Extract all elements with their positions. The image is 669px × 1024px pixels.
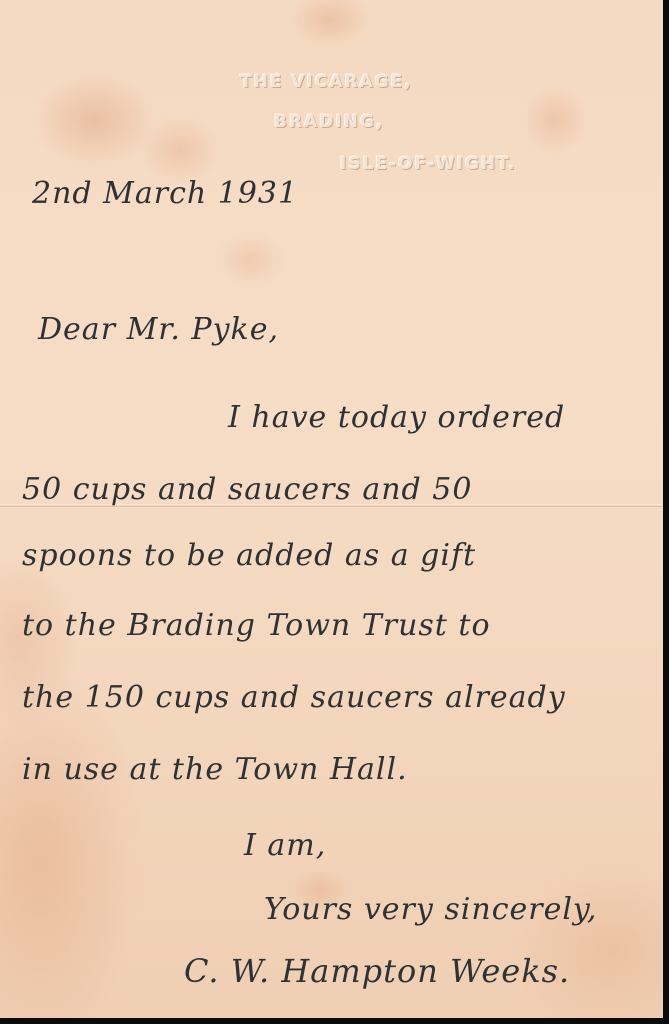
closing-line: I am, — [244, 828, 326, 863]
body-line: spoons to be added as a gift — [22, 538, 476, 573]
letter-date: 2nd March 1931 — [32, 176, 298, 211]
letterhead-line-3: ISLE-OF-WIGHT. — [340, 154, 517, 174]
letterhead-line-1: THE VICARAGE, — [240, 72, 413, 92]
closing-line: Yours very sincerely, — [264, 892, 597, 927]
letterhead-line-2: BRADING, — [274, 112, 384, 132]
body-line: the 150 cups and saucers already — [22, 680, 566, 715]
letter-paper: THE VICARAGE, BRADING, ISLE-OF-WIGHT. 2n… — [0, 0, 663, 1018]
body-line: in use at the Town Hall. — [22, 752, 408, 787]
body-line: to the Brading Town Trust to — [22, 608, 491, 643]
body-line: 50 cups and saucers and 50 — [22, 472, 472, 507]
signature: C. W. Hampton Weeks. — [184, 952, 570, 990]
letter-salutation: Dear Mr. Pyke, — [38, 312, 279, 347]
body-line: I have today ordered — [228, 400, 565, 435]
